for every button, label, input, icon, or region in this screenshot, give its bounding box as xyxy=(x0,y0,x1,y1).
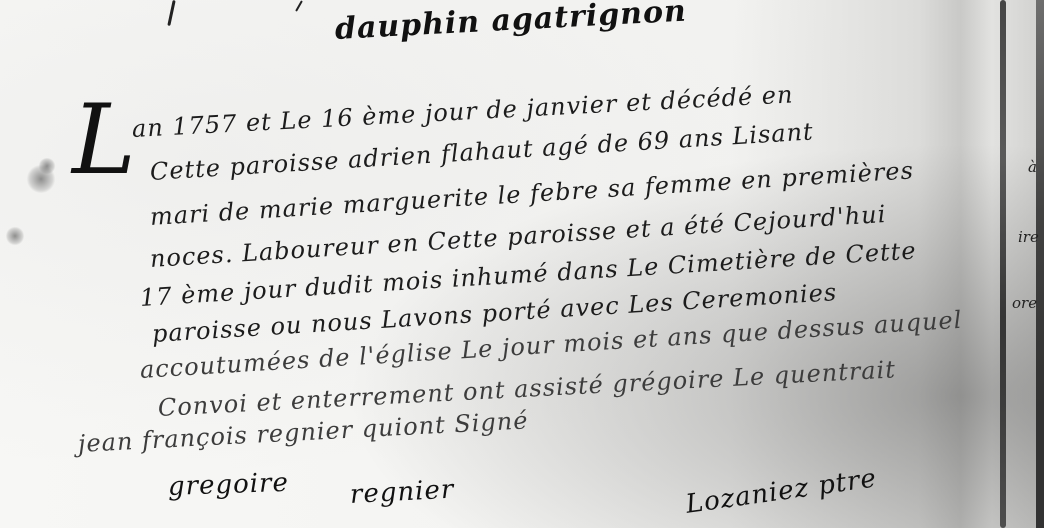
signature-regnier: regnier xyxy=(349,475,455,510)
previous-entry-stroke xyxy=(295,0,303,11)
ink-blot xyxy=(38,158,56,174)
signature-gregoire: gregoire xyxy=(167,468,289,502)
entry-heading: dauphin agatrignon xyxy=(334,0,688,47)
signature-priest: Lozaniez ptre xyxy=(684,463,879,519)
scanned-register-page: dauphin agatrignon L an 1757 et Le 16 èm… xyxy=(0,0,1044,528)
decorative-initial: L xyxy=(72,92,136,188)
previous-entry-stroke xyxy=(167,0,175,26)
page-binding-edge xyxy=(1000,0,1006,528)
margin-note: ore xyxy=(1012,294,1037,312)
page-binding-shadow xyxy=(1036,0,1044,528)
ink-blot xyxy=(6,226,24,246)
